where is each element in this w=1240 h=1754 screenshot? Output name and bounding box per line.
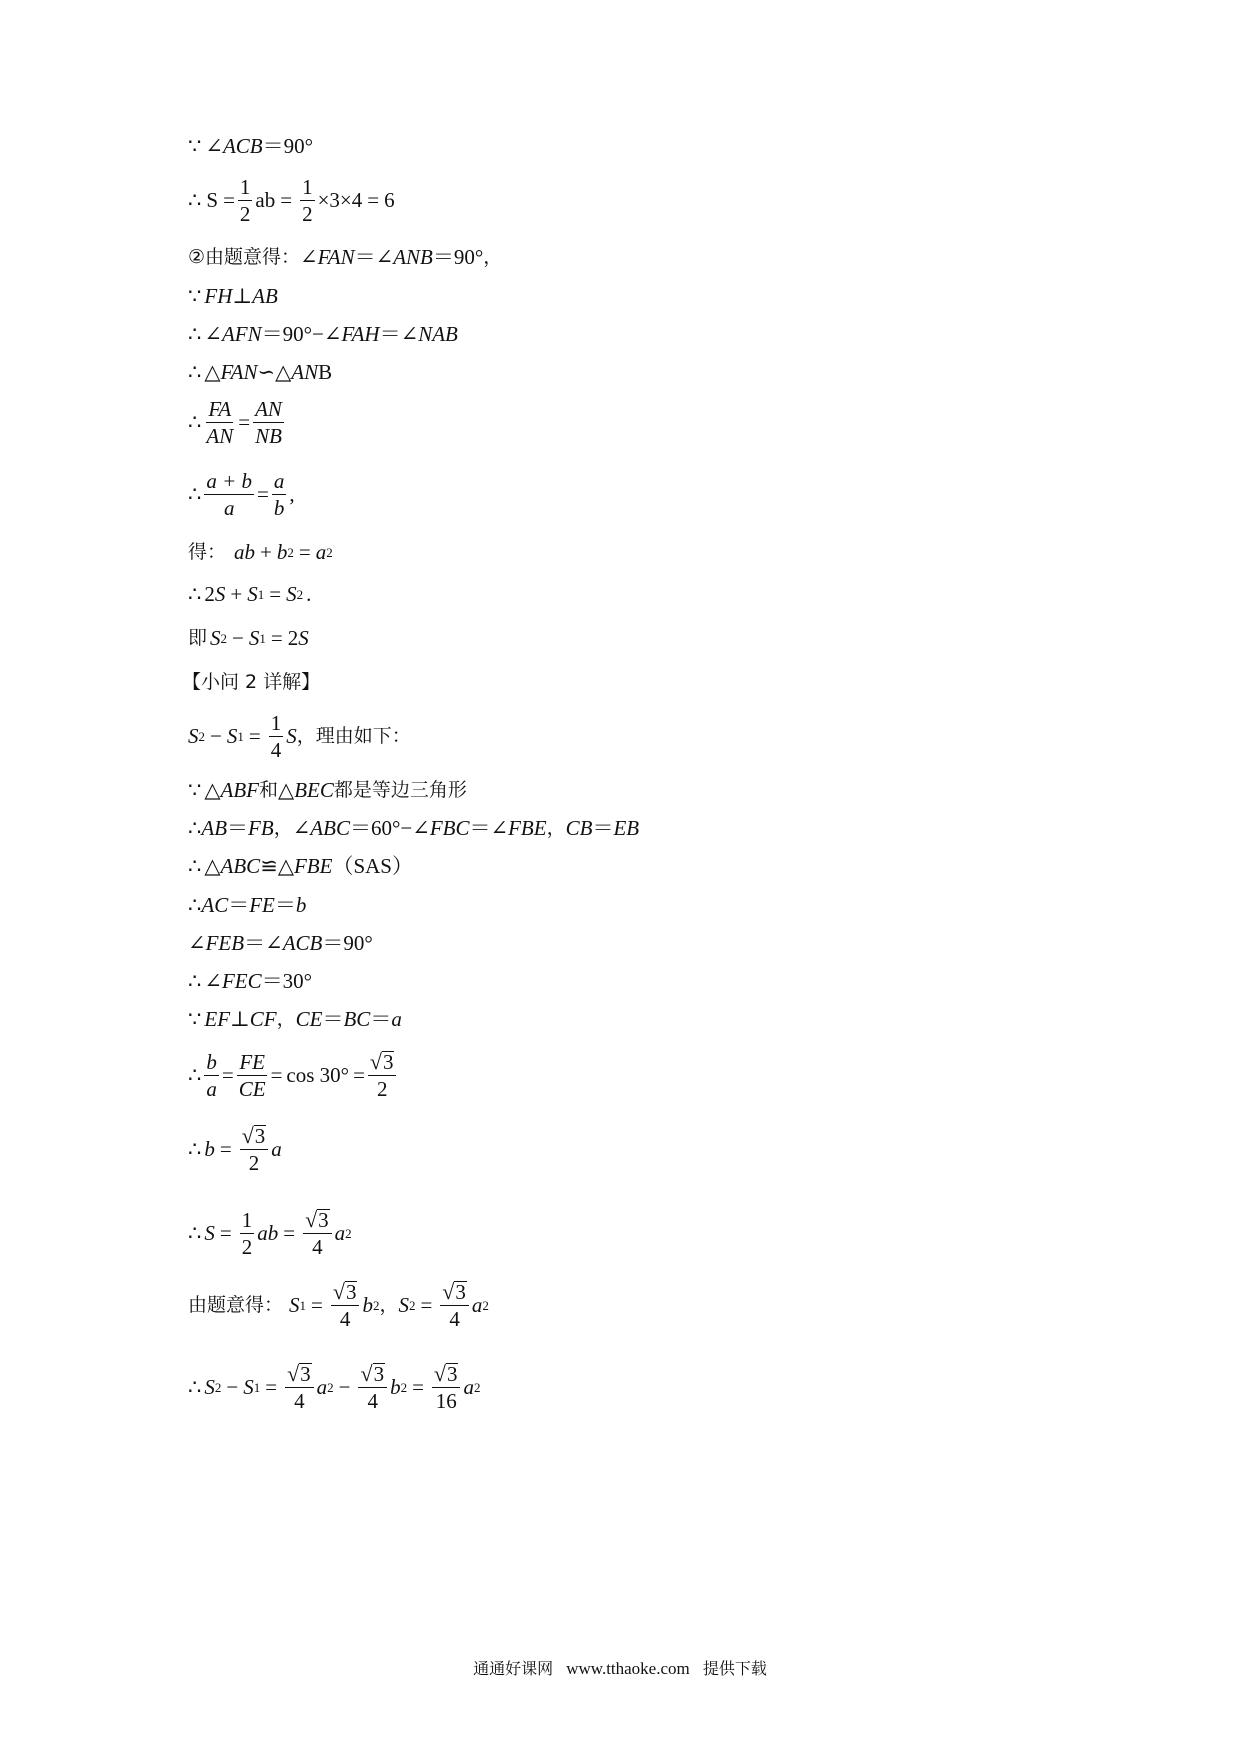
equals: ＝ xyxy=(355,247,376,268)
cos-30: cos 30° xyxy=(286,1065,349,1086)
num-6: 6 xyxy=(384,190,395,211)
value-90: 90° xyxy=(454,247,483,268)
therefore-symbol: ∴ xyxy=(188,584,201,605)
from-problem-label: 由题意得： xyxy=(188,1296,283,1315)
therefore-symbol: ∴ xyxy=(188,818,201,839)
fraction-sqrt3-over-16: √316 xyxy=(432,1362,461,1412)
var-ab: ab xyxy=(255,190,275,211)
proof-line-11: 即S2−S1=2S xyxy=(188,628,309,649)
therefore-symbol: ∴ xyxy=(188,484,201,505)
proof-line-24: 由题意得： S1= √34b2， S2= √34a2 xyxy=(188,1280,489,1330)
proof-line-1: ∵ ∠ACB＝90° xyxy=(188,136,313,157)
therefore-symbol: ∴ xyxy=(188,324,201,345)
fraction-sqrt3-over-4: √34 xyxy=(285,1362,314,1412)
perp-symbol: ⊥ xyxy=(232,286,252,307)
equals: = xyxy=(257,484,269,505)
fraction-half: 12 xyxy=(238,176,253,225)
footer-site-name: 通通好课网 xyxy=(473,1659,553,1678)
equilateral-text: 都是等边三角形 xyxy=(334,781,467,800)
page-footer: 通通好课网 www.tthaoke.com 提供下载 xyxy=(0,1656,1240,1679)
denominator: 2 xyxy=(300,201,315,225)
result-label: 得： xyxy=(188,543,226,562)
sas-label: （SAS） xyxy=(332,856,413,877)
equals: ＝ xyxy=(380,324,401,345)
step-label: ②由题意得： xyxy=(188,248,300,267)
proof-line-22: ∴b= √32a xyxy=(188,1124,282,1174)
because-symbol: ∵ xyxy=(188,1009,201,1030)
footer-url-link[interactable]: www.tthaoke.com xyxy=(566,1659,690,1678)
equals: = xyxy=(367,190,379,211)
fraction-sqrt3-over-2: √32 xyxy=(368,1050,397,1100)
fraction-half: 12 xyxy=(240,1209,255,1258)
proof-line-6: ∴△FAN∽△ANB xyxy=(188,362,332,383)
proof-line-13: S2−S1= 14S ，理由如下： xyxy=(188,712,411,761)
proof-line-19: ∴∠FEC＝30° xyxy=(188,971,312,992)
fraction: FAAN xyxy=(204,398,235,447)
therefore-symbol: ∴ xyxy=(188,362,201,383)
fraction: ANNB xyxy=(253,398,284,447)
times: × xyxy=(340,190,352,211)
proof-line-3: ②由题意得： ∠FAN＝∠ANB＝90°， xyxy=(188,247,502,268)
therefore-symbol: ∴ xyxy=(188,1139,201,1160)
equals: ＝ xyxy=(263,136,284,157)
comma: ， xyxy=(483,248,502,267)
proof-line-9: 得： ab+b2=a2 xyxy=(188,542,333,563)
proof-line-5: ∴∠AFN＝90°−∠FAH＝∠NAB xyxy=(188,324,458,345)
footer-suffix: 提供下载 xyxy=(703,1659,767,1678)
proof-line-21: ∴ ba = FECE =cos 30°= √32 xyxy=(188,1050,399,1100)
therefore-symbol: ∴ xyxy=(188,412,201,433)
because-symbol: ∵ xyxy=(188,780,201,801)
proof-line-18: ∠FEB＝∠ACB＝90° xyxy=(188,933,373,954)
fraction-sqrt3-over-2: √32 xyxy=(240,1124,269,1174)
fraction: ba xyxy=(204,1051,219,1100)
congruent-symbol: ≌ xyxy=(260,856,278,877)
proof-line-17: ∴AC＝FE＝b xyxy=(188,895,306,916)
fraction-quarter: 14 xyxy=(269,712,284,761)
therefore-symbol: ∴ xyxy=(188,190,201,211)
because-symbol: ∵ xyxy=(188,286,201,307)
fraction-half: 12 xyxy=(300,176,315,225)
therefore-symbol: ∴ xyxy=(188,1377,201,1398)
value-90: 90° xyxy=(283,324,312,345)
denominator: 2 xyxy=(238,201,253,225)
proof-line-25: ∴S2−S1= √34a2− √34b2= √316a2 xyxy=(188,1362,480,1412)
reason-text: ，理由如下： xyxy=(297,727,411,746)
proof-line-14: ∵△ABF 和△BEC 都是等边三角形 xyxy=(188,780,467,801)
times: × xyxy=(318,190,330,211)
fraction-sqrt3-over-4: √34 xyxy=(358,1362,387,1412)
therefore-symbol: ∴ xyxy=(188,1065,201,1086)
equals: = xyxy=(238,412,250,433)
equals: ＝ xyxy=(262,324,283,345)
fraction: ab xyxy=(272,470,287,519)
numerator: 1 xyxy=(238,176,253,201)
proof-line-2: ∴ S = 12 ab = 12 ×3×4 =6 xyxy=(188,176,395,225)
proof-line-4: ∵FH⊥AB xyxy=(188,286,278,307)
num-3: 3 xyxy=(329,190,340,211)
equals: = xyxy=(223,190,235,211)
fraction-sqrt3-over-4: √34 xyxy=(331,1280,360,1330)
minus: − xyxy=(312,324,324,345)
fraction: FECE xyxy=(237,1051,268,1100)
equals: = xyxy=(280,190,292,211)
because-symbol: ∵ xyxy=(188,136,201,157)
similar-symbol: ∽ xyxy=(258,362,276,383)
numerator: 1 xyxy=(300,176,315,201)
proof-line-16: ∴△ABC≌△FBE（SAS） xyxy=(188,856,413,877)
fraction-sqrt3-over-4: √34 xyxy=(303,1208,332,1258)
fraction: a + ba xyxy=(204,470,254,519)
proof-line-7: ∴ FAAN = ANNB xyxy=(188,398,287,447)
num-4: 4 xyxy=(352,190,363,211)
fraction-sqrt3-over-4: √34 xyxy=(440,1280,469,1330)
proof-line-23: ∴S= 12ab= √34a2 xyxy=(188,1208,352,1258)
therefore-symbol: ∴ xyxy=(188,856,201,877)
section-heading: 【小问 2 详解】 xyxy=(182,673,320,692)
therefore-symbol: ∴ xyxy=(188,971,201,992)
value-90: 90° xyxy=(284,136,313,157)
proof-line-10: ∴2S+S1=S2. xyxy=(188,584,311,605)
var-S: S xyxy=(206,190,218,211)
equals: ＝ xyxy=(433,247,454,268)
and-text: 和 xyxy=(259,781,278,800)
therefore-symbol: ∴ xyxy=(188,1223,201,1244)
proof-line-20: ∵EF⊥CF，CE＝BC＝a xyxy=(188,1009,402,1030)
proof-line-8: ∴ a + ba = ab , xyxy=(188,470,295,519)
ji-label: 即 xyxy=(188,629,207,648)
therefore-symbol: ∴ xyxy=(188,895,201,916)
proof-line-15: ∴AB＝FB，∠ABC＝60°−∠FBC＝∠FBE，CB＝EB xyxy=(188,818,639,839)
